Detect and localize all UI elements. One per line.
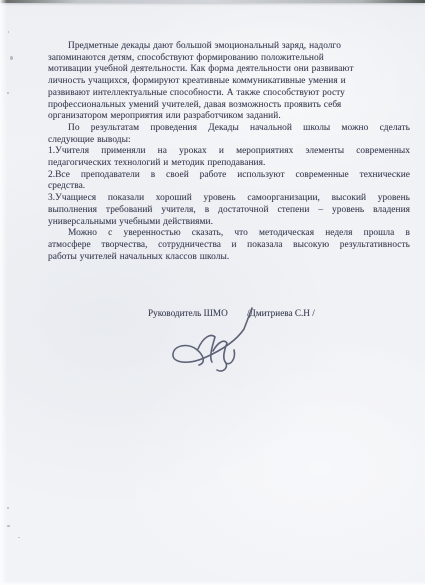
text-line: 3.Учащиеся показали хороший уровень само… [48, 193, 410, 205]
text-line: педагогических технологий и методик преп… [48, 158, 410, 170]
scan-edge-bottom [0, 581, 425, 585]
scan-edge-left [0, 0, 7, 585]
scan-speck [8, 31, 9, 33]
text-line: средства. [48, 181, 410, 193]
text-line: Предметные декады дают большой эмоционал… [48, 41, 410, 53]
handwritten-signature-icon [158, 303, 258, 373]
text-line: атмосфере творчества, сотрудничества и п… [48, 240, 410, 252]
scanned-document-page: Предметные декады дают большой эмоционал… [0, 0, 425, 585]
document-text-block: Предметные декады дают большой эмоционал… [48, 41, 410, 263]
scan-edge-top [0, 0, 425, 3]
text-line: По результатам проведения Декады начальн… [48, 123, 410, 135]
text-line: развивают интеллектуальные способности. … [48, 88, 410, 100]
text-line: выполнения требований учителя, в достато… [48, 205, 410, 217]
text-line: следующие выводы: [48, 135, 410, 147]
text-line: работы учителей начальных классов школы. [48, 252, 410, 264]
scan-speck [7, 92, 9, 94]
scan-speck [18, 537, 20, 538]
scan-speck [10, 56, 13, 60]
text-line: универсальными учебными действиями. [48, 217, 410, 229]
text-line: профессиональных умений учителей, давая … [48, 100, 410, 112]
text-line: Можно с уверенностью сказать, что методи… [48, 228, 410, 240]
text-line: мотивации учебной деятельности. Как форм… [48, 64, 410, 76]
text-line: 1.Учителя применяли на уроках и мероприя… [48, 146, 410, 158]
text-line: личность учащихся, формируют креативные … [48, 76, 410, 88]
text-line: 2.Все преподаватели в своей работе испол… [48, 170, 410, 182]
conclusions-paragraph: По результатам проведения Декады начальн… [48, 123, 410, 228]
intro-paragraph: Предметные декады дают большой эмоционал… [48, 41, 410, 123]
closing-paragraph: Можно с уверенностью сказать, что методи… [48, 228, 410, 263]
text-line: запоминаются детям, способствуют формиро… [48, 53, 410, 65]
text-line: организатором мероприятия или разработчи… [48, 111, 410, 123]
scan-speck [7, 507, 9, 509]
scan-speck [7, 525, 10, 527]
